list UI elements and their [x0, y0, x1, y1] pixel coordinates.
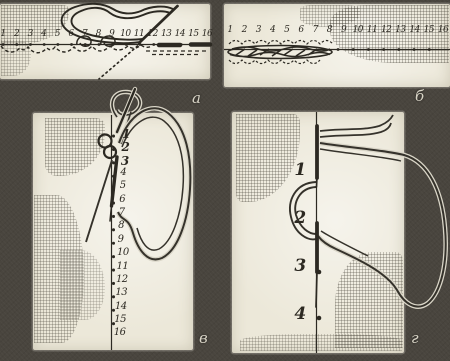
panel-a-label: а: [192, 89, 201, 107]
panel-g-label: г: [411, 329, 419, 347]
halftone-patch: [240, 334, 402, 351]
stitch-figure: 12345678910111213141516 1234567891011121…: [0, 0, 450, 361]
panel-b-label: б: [415, 87, 424, 105]
panel-v-label: в: [199, 329, 208, 347]
